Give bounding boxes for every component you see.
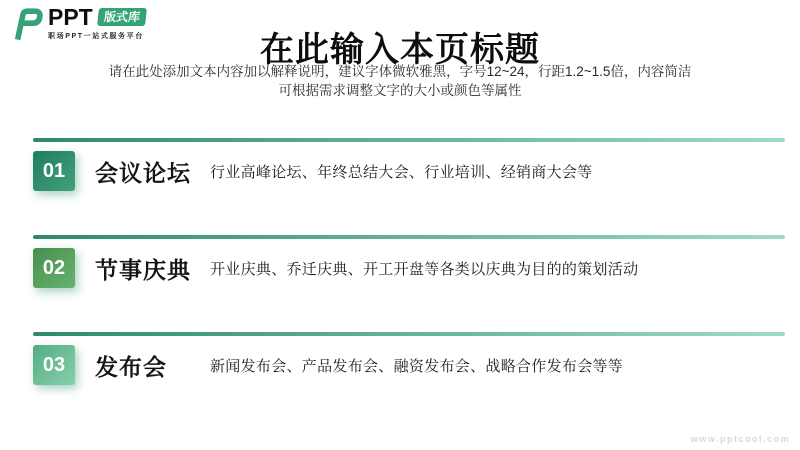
item-heading: 节事庆典 bbox=[95, 252, 210, 285]
divider-bar bbox=[33, 235, 785, 239]
item-number: 02 bbox=[43, 257, 65, 280]
item-number: 03 bbox=[43, 354, 65, 377]
subtitle-line-2: 可根据需求调整文字的大小或颜色等属性 bbox=[279, 83, 522, 98]
item-number-box-1: 01 bbox=[33, 151, 75, 191]
item-row: 02 节事庆典 开业庆典、乔迁庆典、开工开盘等各类以庆典为目的的策划活动 bbox=[33, 248, 785, 288]
page-subtitle: 请在此处添加文本内容加以解释说明，建议字体微软雅黑，字号12~24，行距1.2~… bbox=[0, 62, 800, 100]
item-heading: 发布会 bbox=[95, 349, 210, 382]
item-number-box-2: 02 bbox=[33, 248, 75, 288]
subtitle-line-1: 请在此处添加文本内容加以解释说明，建议字体微软雅黑，字号12~24，行距1.2~… bbox=[109, 64, 692, 79]
item-description: 行业高峰论坛、年终总结大会、行业培训、经销商大会等 bbox=[210, 161, 593, 182]
item-row: 01 会议论坛 行业高峰论坛、年终总结大会、行业培训、经销商大会等 bbox=[33, 151, 785, 191]
item-heading: 会议论坛 bbox=[95, 155, 210, 188]
item-description: 开业庆典、乔迁庆典、开工开盘等各类以庆典为目的的策划活动 bbox=[210, 258, 638, 279]
item-row: 03 发布会 新闻发布会、产品发布会、融资发布会、战略合作发布会等等 bbox=[33, 345, 785, 385]
item-description: 新闻发布会、产品发布会、融资发布会、战略合作发布会等等 bbox=[210, 355, 623, 376]
watermark: www.pptcool.com bbox=[691, 434, 790, 444]
item-number-box-3: 03 bbox=[33, 345, 75, 385]
slide: PPT 版式库 职场PPT一站式服务平台 在此输入本页标题 请在此处添加文本内容… bbox=[0, 0, 800, 450]
divider-bar bbox=[33, 138, 785, 142]
item-number: 01 bbox=[43, 160, 65, 183]
list-item: 02 节事庆典 开业庆典、乔迁庆典、开工开盘等各类以庆典为目的的策划活动 bbox=[33, 235, 785, 288]
list-item: 01 会议论坛 行业高峰论坛、年终总结大会、行业培训、经销商大会等 bbox=[33, 138, 785, 191]
list-item: 03 发布会 新闻发布会、产品发布会、融资发布会、战略合作发布会等等 bbox=[33, 332, 785, 385]
divider-bar bbox=[33, 332, 785, 336]
